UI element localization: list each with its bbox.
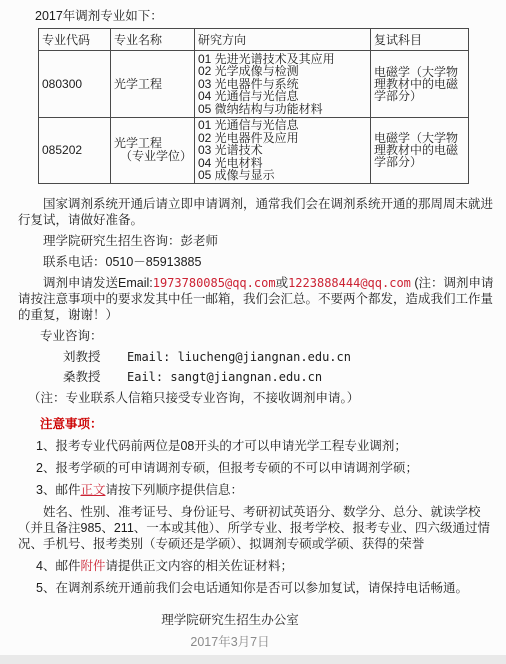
notice-item-3: 3、邮件正文请按下列顺序提供信息： <box>36 482 497 498</box>
office-name: 理学院研究生招生办公室 <box>18 612 442 628</box>
qq-email-link-1[interactable]: 1973780085@qq.com <box>153 276 276 290</box>
table-header-row: 专业代码 专业名称 研究方向 复试科目 <box>39 29 469 51</box>
consult-note: （注：专业联系人信箱只接受专业咨询，不接收调剂申请。） <box>28 390 497 406</box>
majors-table: 专业代码 专业名称 研究方向 复试科目 080300 光学工程 01 先进光谱技… <box>38 28 469 184</box>
retest-subject: 电磁学（大学物理教材中的电磁学部分） <box>371 118 469 184</box>
col-header-retest-subject: 复试科目 <box>371 29 469 51</box>
major-name: 光学工程 <box>111 51 195 118</box>
professor-contact: 桑教授Eail: sangt@jiangnan.edu.cn <box>63 369 497 385</box>
notice-item-1: 1、报考专业代码前两位是08开头的才可以申请光学工程专业调剂； <box>36 438 497 454</box>
direction-item: 03 光谱技术 <box>198 144 367 157</box>
retest-subject: 电磁学（大学物理教材中的电磁学部分） <box>371 51 469 118</box>
signature-block: 理学院研究生招生办公室 2017年3月7日 <box>18 612 442 650</box>
major-code: 080300 <box>39 51 111 118</box>
intro-line: 2017年调剂专业如下： <box>35 8 497 24</box>
major-name: 光学工程 （专业学位） <box>111 118 195 184</box>
email-joiner: 或 <box>276 276 289 290</box>
date-line: 2017年3月7日 <box>18 634 442 650</box>
professor-email: Email: liucheng@jiangnan.edu.cn <box>127 350 351 364</box>
major-name-subtext: （专业学位） <box>120 150 191 163</box>
item4-suffix: 请提供正文内容的相关佐证材料； <box>105 559 293 573</box>
item3-highlight-body: 正文 <box>80 483 105 497</box>
col-header-research-direction: 研究方向 <box>195 29 371 51</box>
major-name-text: 光学工程 <box>114 78 191 91</box>
research-directions: 01 先进光谱技术及其应用 02 光学成像与检测 03 光电器件与系统 04 光… <box>195 51 371 118</box>
direction-item: 05 微纳结构与功能材料 <box>198 103 367 116</box>
contact-line: 理学院研究生招生咨询：彭老师 <box>18 233 497 249</box>
item3-suffix: 请按下列顺序提供信息： <box>105 483 243 497</box>
major-code: 085202 <box>39 118 111 184</box>
bottom-gray-strip <box>0 655 506 664</box>
table-row: 080300 光学工程 01 先进光谱技术及其应用 02 光学成像与检测 03 … <box>39 51 469 118</box>
apply-instruction-paragraph: 国家调剂系统开通后请立即申请调剂，通常我们会在调剂系统开通的那周周末就进行复试，… <box>18 196 497 228</box>
direction-item: 02 光学成像与检测 <box>198 65 367 78</box>
required-info-paragraph: 姓名、性别、准考证号、身份证号、考研初试英语分、数学分、总分、就读学校（并且备注… <box>18 504 497 552</box>
item4-highlight-attachment: 附件 <box>80 559 105 573</box>
item4-prefix: 4、邮件 <box>36 559 80 573</box>
item3-prefix: 3、邮件 <box>36 483 80 497</box>
qq-email-link-2[interactable]: 1223888444@qq.com <box>288 276 411 290</box>
professor-email: Eail: sangt@jiangnan.edu.cn <box>127 370 322 384</box>
consult-title: 专业咨询： <box>40 328 497 344</box>
col-header-major-name: 专业名称 <box>111 29 195 51</box>
direction-item: 04 光通信与光信息 <box>198 90 367 103</box>
direction-item: 05 成像与显示 <box>198 169 367 182</box>
direction-item: 01 光通信与光信息 <box>198 119 367 132</box>
professor-contact: 刘教授Email: liucheng@jiangnan.edu.cn <box>63 349 497 365</box>
email-line-prefix: 调剂申请发送Email: <box>43 276 153 290</box>
notice-item-4: 4、邮件附件请提供正文内容的相关佐证材料； <box>36 558 497 574</box>
research-directions: 01 光通信与光信息 02 光电器件及应用 03 光谱技术 04 光电材料 05… <box>195 118 371 184</box>
email-application-paragraph: 调剂申请发送Email:1973780085@qq.com或1223888444… <box>18 275 497 323</box>
document-page: 2017年调剂专业如下： 专业代码 专业名称 研究方向 复试科目 080300 … <box>0 0 506 650</box>
professor-name: 刘教授 <box>63 349 127 365</box>
notice-item-2: 2、报考学硕的可申请调剂专硕，但报考专硕的不可以申请调剂学硕； <box>36 460 497 476</box>
phone-line: 联系电话：0510－85913885 <box>18 254 497 270</box>
professor-name: 桑教授 <box>63 369 127 385</box>
notice-title: 注意事项： <box>40 416 497 432</box>
table-row: 085202 光学工程 （专业学位） 01 光通信与光信息 02 光电器件及应用… <box>39 118 469 184</box>
notice-item-5: 5、在调剂系统开通前我们会电话通知你是否可以参加复试，请保持电话畅通。 <box>36 580 497 596</box>
col-header-major-code: 专业代码 <box>39 29 111 51</box>
